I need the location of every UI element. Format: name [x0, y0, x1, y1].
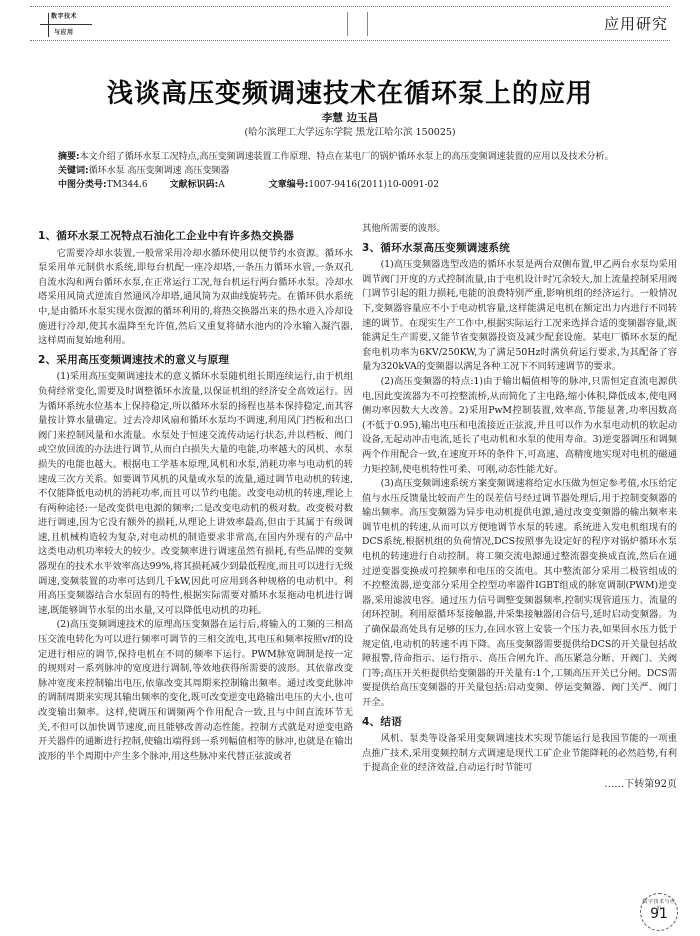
divider-bar: [367, 12, 368, 36]
journal-logo: 数字技术 与应用: [40, 11, 100, 37]
left-column: 1、循环水泵工况特点石油化工企业中有许多热交换器 它需要冷却水装置,一般常采用冷…: [38, 225, 353, 764]
article-no-value: 1007-9416(2011)10-0091-02: [308, 180, 439, 190]
page-number-badge: 数字技术与应用 91: [640, 893, 678, 931]
author-affiliation: (哈尔滨理工大学远东学院 黑龙江哈尔滨 150025): [0, 124, 700, 138]
section-heading-2: 2、采用高压变频调速技术的意义与原理: [38, 353, 353, 368]
abstract-label: 摘要:: [58, 152, 80, 162]
journal-name-line1: 数字技术: [51, 11, 77, 20]
page-number: 91: [641, 906, 677, 922]
section-tag: 应用研究: [604, 13, 668, 34]
keywords: 关键词:循环水泵 高压变频调速 高压变频器: [38, 164, 668, 178]
article-title: 浅谈高压变频调速技术在循环泵上的应用: [0, 73, 700, 110]
section-heading-3: 3、循环水泵高压变频调速系统: [362, 241, 677, 256]
classification-row: 中图分类号:TM344.6文献标识码:A文章编号:1007-9416(2011)…: [38, 178, 668, 192]
right-column: 其他所需要的波形。 3、循环水泵高压变频调速系统 (1)高压变频器选型改造的循环…: [362, 222, 677, 793]
header-top-rule: [30, 6, 670, 7]
doc-code-label: 文献标识码:: [170, 180, 219, 190]
section-heading-1: 1、循环水泵工况特点石油化工企业中有许多热交换器: [38, 229, 353, 244]
doc-code-value: A: [218, 180, 225, 190]
paragraph: (2)高压变频器的特点:1)由于输出幅值相等的脉冲,只需恒定直流电源供电,因此变…: [362, 375, 677, 477]
paragraph: 风机、泵类等设备采用变频调速技术实现节能运行是我国节能的一项重点推广技术,采用变…: [362, 732, 677, 776]
carryover-text: 其他所需要的波形。: [362, 222, 677, 237]
paragraph: (1)采用高压变频调速技术的意义循环水泵随机组长期连续运行,由于机组负荷经常变化…: [38, 370, 353, 618]
abstract-block: 摘要:本文介绍了循环水泵工况特点,高压变频调速装置工作原理、特点在某电厂的锅炉循…: [38, 150, 668, 192]
paragraph: (3)高压变频调速系统方案变频调速将给定水压做为恒定参考值,水压给定值与水压反馈…: [362, 477, 677, 711]
header-bottom-rule: [30, 40, 670, 41]
clc-label: 中图分类号:: [58, 180, 107, 190]
abstract: 摘要:本文介绍了循环水泵工况特点,高压变频调速装置工作原理、特点在某电厂的锅炉循…: [38, 150, 668, 164]
article-no-label: 文章编号:: [269, 180, 309, 190]
paragraph: (1)高压变频器选型改造的循环水泵是两台双侧布置,甲乙两台水泵均采用调节阀门开度…: [362, 258, 677, 375]
paragraph: (2)高压变频调速技术的原理高压变频器在运行后,将输入的工频的三相高压交流电转化…: [38, 618, 353, 764]
abstract-text: 本文介绍了循环水泵工况特点,高压变频调速装置工作原理、特点在某电厂的锅炉循环水泵…: [80, 152, 614, 162]
journal-name-line2: 与应用: [54, 27, 74, 36]
header-divider-bars: [345, 12, 369, 36]
keywords-text: 循环水泵 高压变频调速 高压变频器: [89, 166, 230, 176]
divider-bar: [347, 12, 348, 36]
clc-value: TM344.6: [107, 180, 148, 190]
article-authors: 李慧 边玉昌: [0, 110, 700, 125]
paragraph: 它需要冷却水装置,一般常采用冷却水循环使用以便节约水资源。循环水泵采用单元制供水…: [38, 247, 353, 349]
logo-crosshair-v: [48, 13, 49, 37]
running-header: 数字技术 与应用 应用研究: [30, 6, 670, 40]
section-heading-4: 4、结语: [362, 715, 677, 730]
continued-notice: ……下转第92页: [362, 778, 677, 793]
keywords-label: 关键词:: [58, 166, 89, 176]
